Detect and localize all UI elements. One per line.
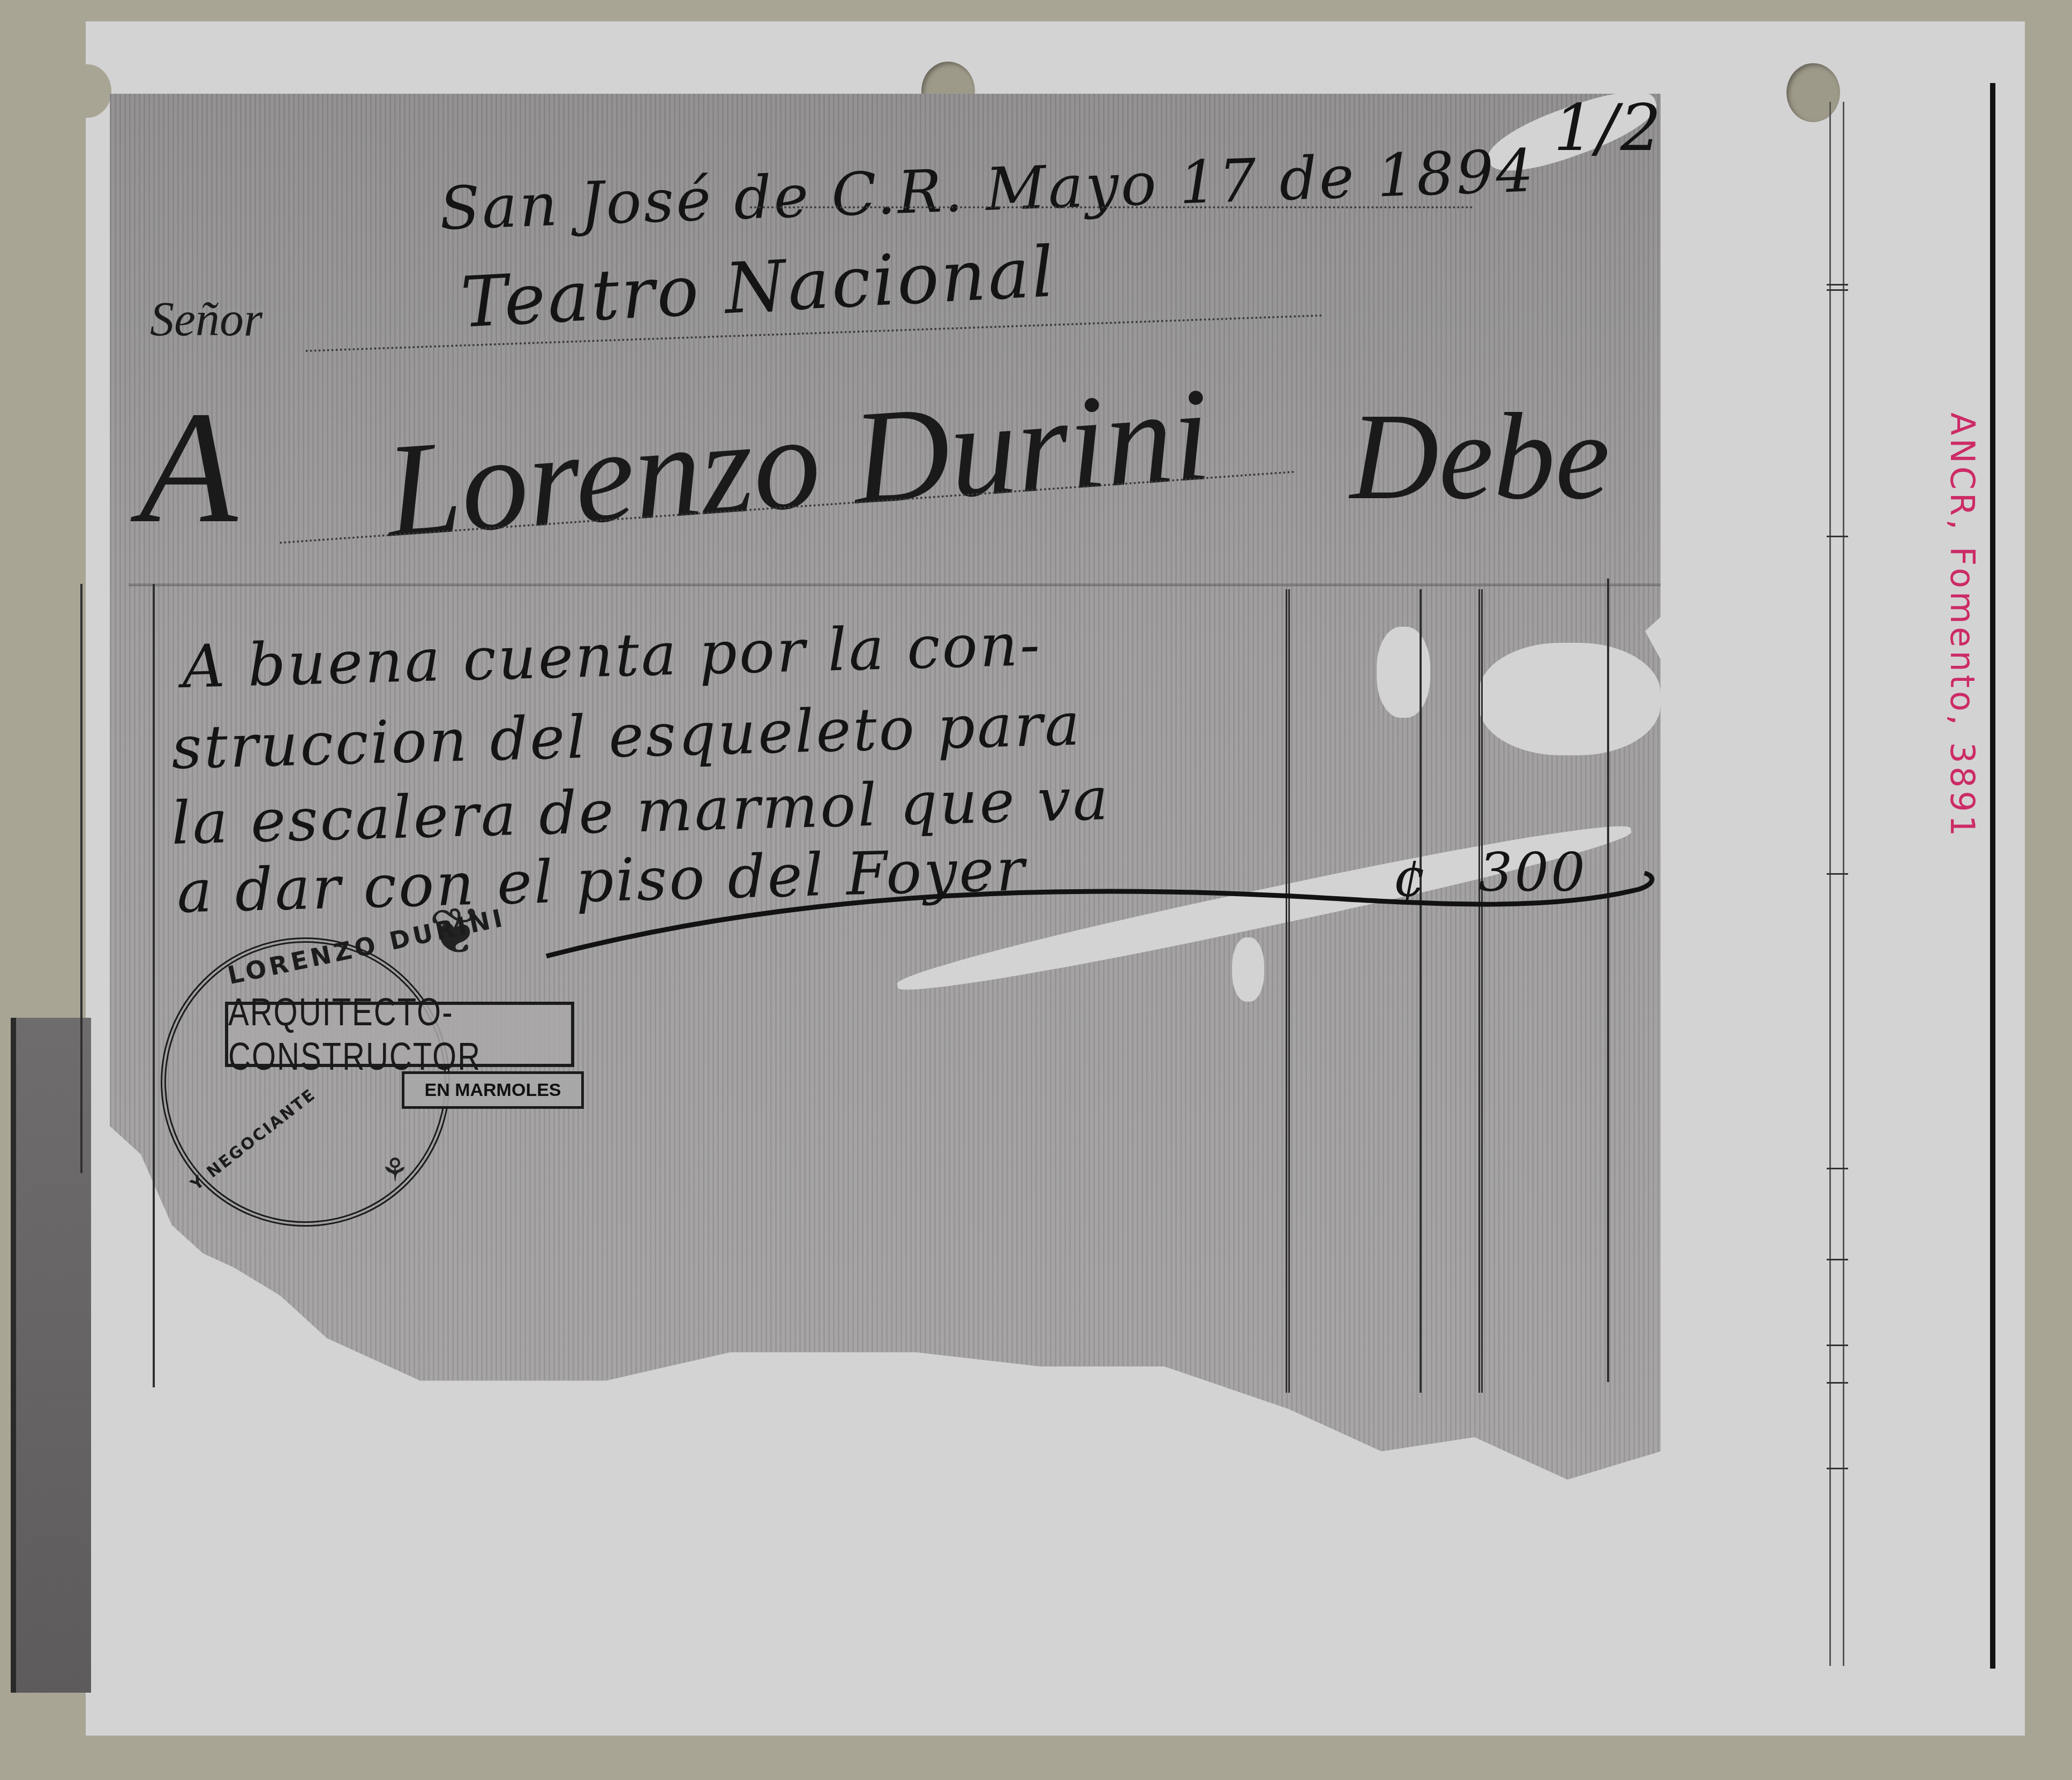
addressee-label: Señor: [150, 292, 262, 347]
paper-loss: [1377, 627, 1430, 718]
sheet-notch: [63, 64, 111, 118]
sheet-rule-tick: [1827, 284, 1848, 286]
tassel-ornament-icon: ⚘: [380, 1152, 409, 1189]
stamp-subtitle-box: EN MARMOLES: [402, 1071, 584, 1109]
sheet-rule-tick: [1827, 873, 1848, 875]
archive-reference: ANCR, Fomento, 3891: [1943, 412, 1982, 839]
stamp-subtitle: EN MARMOLES: [425, 1080, 561, 1101]
letterhead-stamp: ❦ LORENZO DURINI ARQUITECTO-CONSTRUCTOR …: [129, 900, 600, 1232]
sheet-rule-tick: [1827, 536, 1848, 537]
sheet-rule-tick: [1827, 1345, 1848, 1346]
table-top-rule: [129, 584, 1661, 586]
sheet-rule-tick: [1827, 1468, 1848, 1469]
sheet-rule-tick: [1827, 1259, 1848, 1260]
sheet-rule-tick: [1827, 1382, 1848, 1384]
table-col-amount-3: [1607, 579, 1609, 1382]
stamp-title: ARQUITECTO-CONSTRUCTOR: [228, 989, 571, 1079]
punch-hole-right: [1786, 63, 1840, 122]
sheet-column-rule: [1843, 102, 1844, 1666]
folio-number: 1/2: [1553, 91, 1663, 166]
heading-prefix: A: [139, 375, 237, 560]
table-col-amount-2: [1478, 589, 1483, 1393]
stamp-banner: ARQUITECTO-CONSTRUCTOR: [225, 1002, 574, 1067]
closing-flourish: [536, 868, 1661, 975]
table-col-description-end: [1286, 589, 1290, 1393]
sheet-rule-tick: [1827, 289, 1848, 291]
underlying-page-edge: [11, 1018, 91, 1693]
table-col-amount-1: [1420, 589, 1422, 1393]
sheet-column-rule: [1829, 102, 1831, 1666]
heading-suffix: Debe: [1350, 386, 1610, 528]
table-col-margin: [80, 584, 82, 1173]
date-underline: [750, 206, 1473, 208]
sheet-rule-tick: [1827, 1168, 1848, 1169]
paper-loss: [1478, 643, 1661, 755]
sheet-margin-bar: [1990, 83, 1995, 1669]
